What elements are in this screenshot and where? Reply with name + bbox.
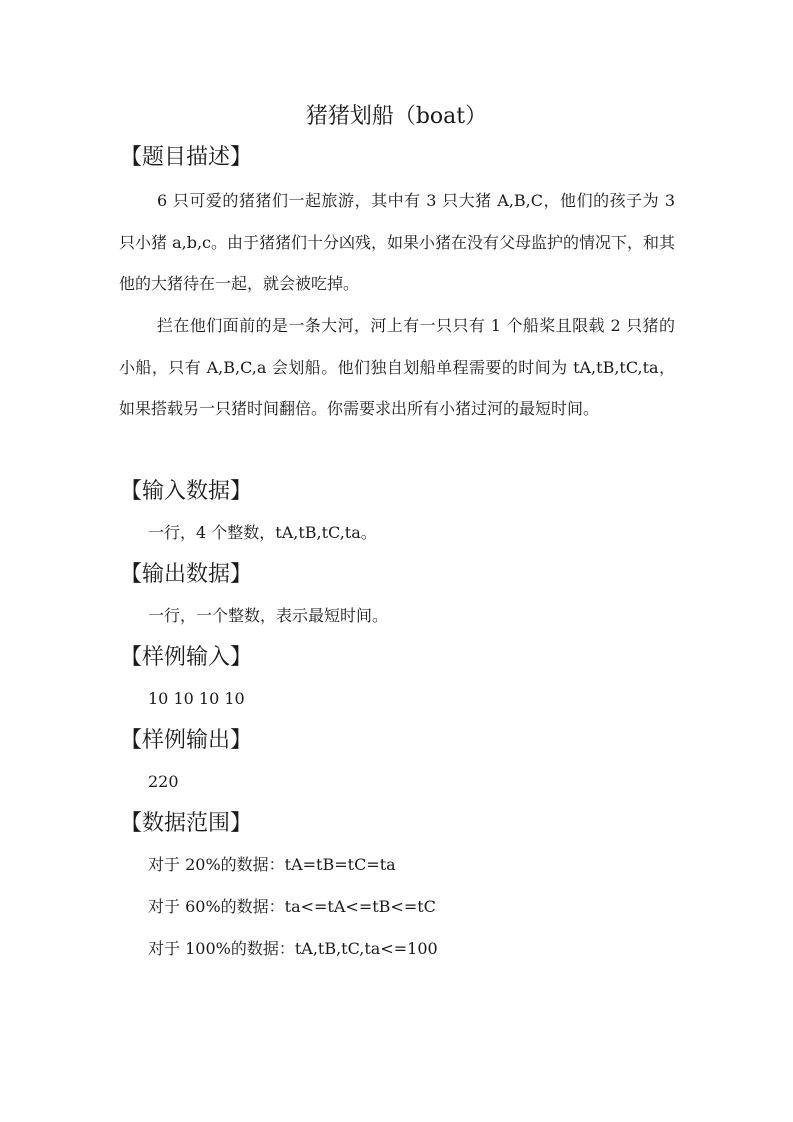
input-description: 一行，4 个整数，tA,tB,tC,ta。 <box>148 521 377 545</box>
range-line-20: 对于 20%的数据：tA=tB=tC=ta <box>148 853 396 877</box>
range-line-100: 对于 100%的数据：tA,tB,tC,ta<=100 <box>148 937 438 961</box>
description-paragraph-1: 6 只可爱的猪猪们一起旅游，其中有 3 只大猪 A,B,C，他们的孩子为 3 只… <box>119 180 675 305</box>
heading-input: 【输入数据】 <box>120 476 252 508</box>
sample-input-value: 10 10 10 10 <box>148 687 245 711</box>
output-description: 一行，一个整数，表示最短时间。 <box>148 604 388 628</box>
heading-sample-input: 【样例输入】 <box>120 642 252 674</box>
heading-data-range: 【数据范围】 <box>120 808 252 840</box>
document-title: 猪猪划船（boat） <box>0 100 793 134</box>
heading-sample-output: 【样例输出】 <box>120 725 252 757</box>
sample-output-value: 220 <box>148 770 179 794</box>
range-line-60: 对于 60%的数据：ta<=tA<=tB<=tC <box>148 895 436 919</box>
description-paragraph-2: 拦在他们面前的是一条大河，河上有一只只有 1 个船桨且限载 2 只猪的小船，只有… <box>119 305 675 430</box>
document-page: 猪猪划船（boat） 【题目描述】 6 只可爱的猪猪们一起旅游，其中有 3 只大… <box>0 0 793 1122</box>
heading-output: 【输出数据】 <box>120 559 252 591</box>
heading-description: 【题目描述】 <box>120 142 252 174</box>
